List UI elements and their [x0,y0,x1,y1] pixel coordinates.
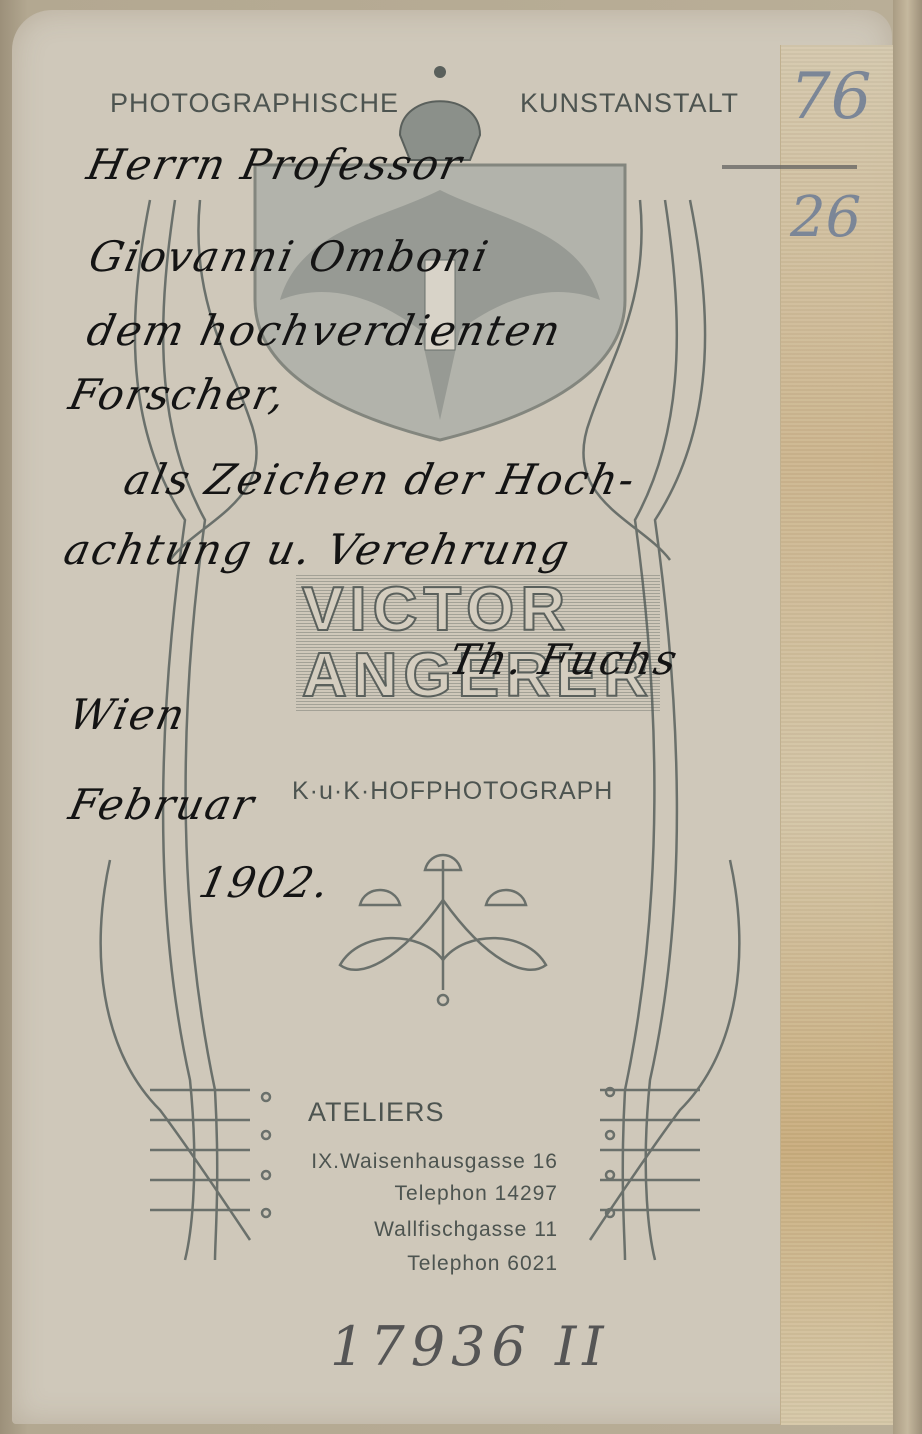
inventory-number: 17936 II [330,1315,610,1378]
handwriting-line: dem hochverdienten [83,306,567,355]
address-1-phone: Telephon 14297 [278,1182,558,1206]
address-2-phone: Telephon 6021 [278,1252,558,1276]
archival-tape [780,45,896,1425]
handwriting-line: Giovanni Omboni [85,232,494,281]
studio-name-line1: VICTOR [302,577,654,643]
handwriting-line: Herrn Professor [83,140,468,189]
handwriting-line: Forscher, [65,370,291,419]
header-left-text: PHOTOGRAPHISCHE [110,88,399,119]
archive-mark-divider [722,165,857,169]
album-spine [893,0,922,1434]
header-right-text: KUNSTANSTALT [520,88,739,119]
handwriting-year: 1902. [195,858,336,907]
address-1-street: IX.Waisenhausgasse 16 [278,1150,558,1174]
address-2-street: Wallfischgasse 11 [278,1218,558,1242]
handwriting-month: Februar [65,780,260,829]
handwriting-place: Wien [65,690,191,739]
hofphotograph-title: K·u·K·HOFPHOTOGRAPH [292,777,613,806]
handwriting-line: achtung u. Verehrung [60,525,575,574]
archive-mark-bottom: 26 [790,185,861,250]
ateliers-label: ATELIERS [308,1097,445,1128]
handwriting-line: als Zeichen der Hoch- [120,455,641,504]
handwriting-signature: Th. Fuchs [445,635,684,684]
archive-mark-top: 76 [790,60,871,134]
